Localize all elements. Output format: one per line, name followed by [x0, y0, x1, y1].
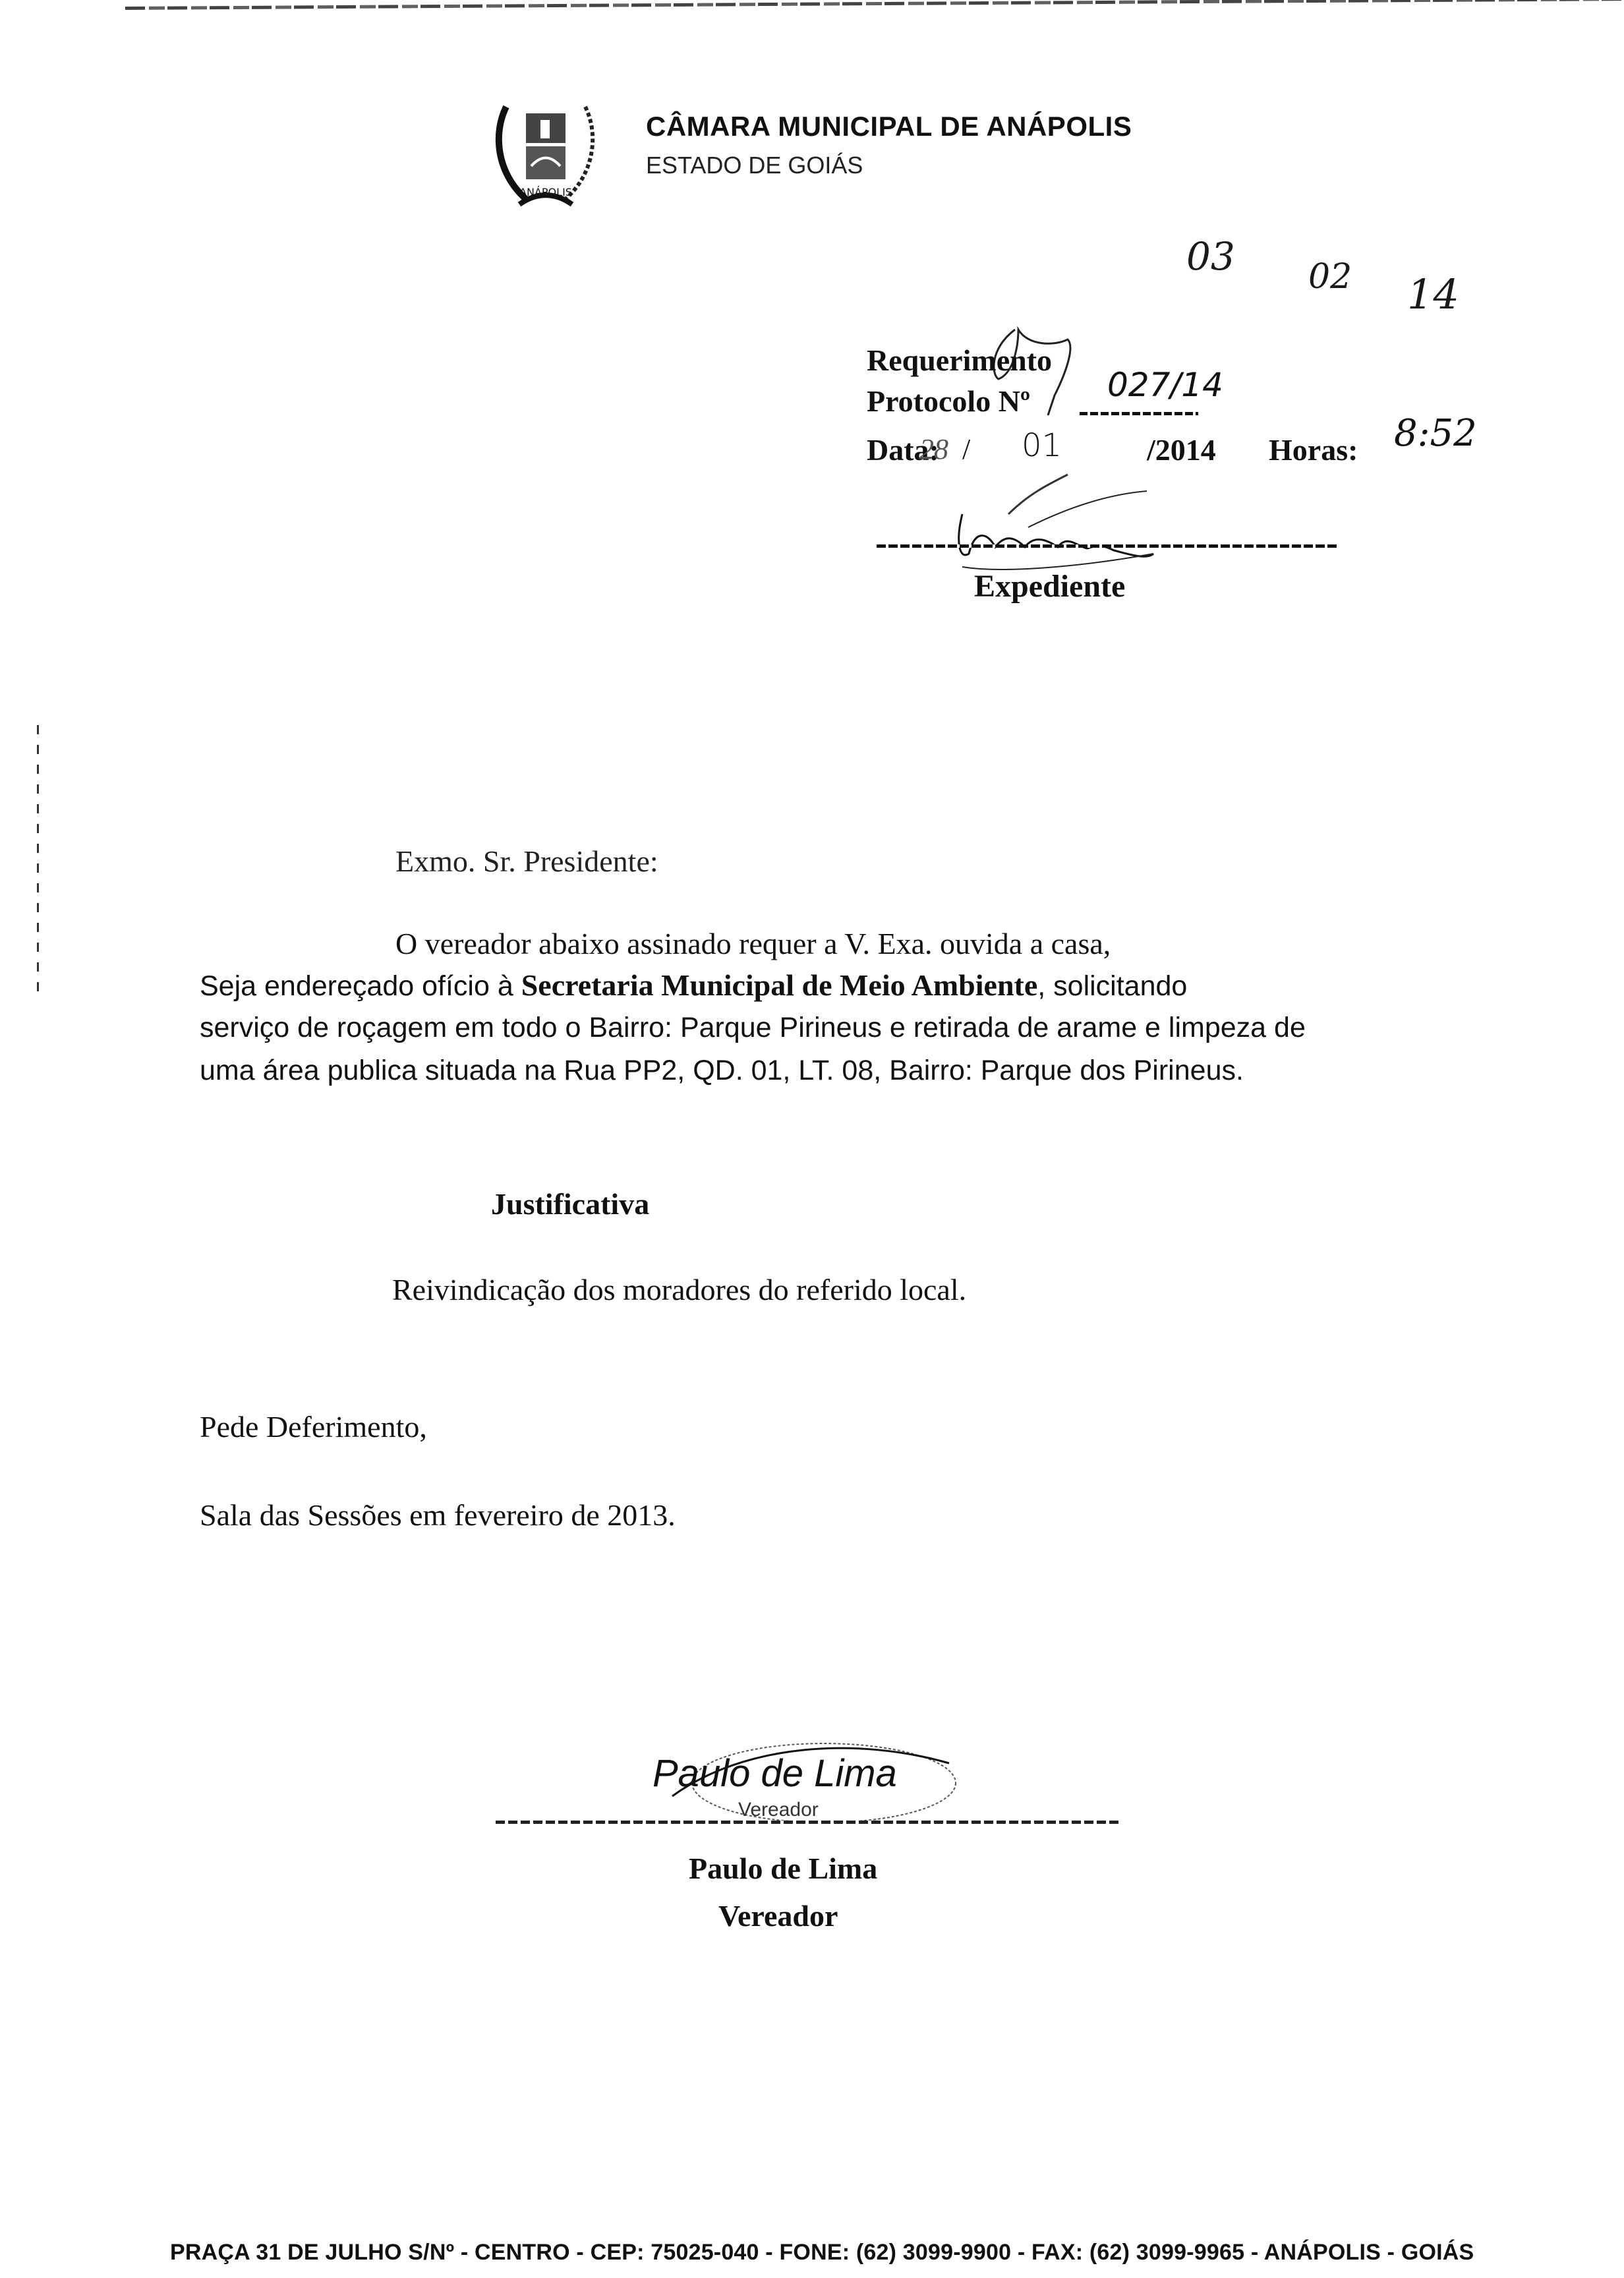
coat-of-arms-icon: ANÁPOLIS [480, 87, 612, 219]
signature-stamp: Paulo de Lima Vereador [646, 1724, 989, 1836]
scan-margin-marks [37, 725, 39, 1002]
signer-role: Vereador [718, 1898, 838, 1933]
scan-border-line [125, 0, 1621, 10]
secretaria-name: Secretaria Municipal de Meio Ambiente [521, 968, 1038, 1002]
intro-paragraph: O vereador abaixo assinado requer a V. E… [395, 926, 1111, 961]
signer-name: Paulo de Lima [689, 1851, 877, 1886]
institution-state: ESTADO DE GOIÁS [646, 152, 863, 179]
request-line-2: serviço de roçagem em todo o Bairro: Par… [200, 1012, 1306, 1044]
expediente-label: Expediente [974, 568, 1125, 604]
place-date: Sala das Sessões em fevereiro de 2013. [200, 1498, 676, 1533]
closing: Pede Deferimento, [200, 1409, 427, 1444]
data-year: /2014 [1147, 432, 1216, 467]
request-line-1: Seja endereçado ofício à Secretaria Muni… [200, 968, 1187, 1003]
horas-value: 8:52 [1394, 412, 1477, 455]
request-line-1-start: Seja endereçado ofício à [200, 970, 521, 1002]
data-month: 01 [1022, 427, 1062, 464]
data-day: 28 [919, 432, 948, 466]
expediente-signature-line [877, 544, 1338, 548]
svg-text:Vereador: Vereador [738, 1799, 819, 1821]
protocolo-dashed-line [1080, 412, 1198, 415]
request-line-1-end: , solicitando [1037, 970, 1187, 1002]
horas-label: Horas: [1269, 432, 1358, 467]
expediente-signature [949, 488, 1160, 580]
footer-address: PRAÇA 31 DE JULHO S/Nº - CENTRO - CEP: 7… [170, 2240, 1474, 2265]
requerimento-label: Requerimento [867, 343, 1052, 378]
salutation: Exmo. Sr. Presidente: [395, 844, 658, 879]
protocolo-number: 027/14 [1107, 366, 1223, 404]
justification-heading: Justificativa [491, 1186, 649, 1221]
data-separator: / [962, 432, 970, 466]
request-line-3: uma área publica situada na Rua PP2, QD.… [200, 1055, 1244, 1087]
svg-text:ANÁPOLIS: ANÁPOLIS [519, 186, 572, 198]
justification-text: Reivindicação dos moradores do referido … [392, 1272, 966, 1307]
handwritten-year: 14 [1407, 270, 1459, 318]
svg-text:Paulo de Lima: Paulo de Lima [652, 1752, 897, 1795]
protocolo-label: Protocolo Nº [867, 384, 1030, 419]
institution-title: CÂMARA MUNICIPAL DE ANÁPOLIS [646, 111, 1132, 142]
signature-line [496, 1821, 1118, 1824]
